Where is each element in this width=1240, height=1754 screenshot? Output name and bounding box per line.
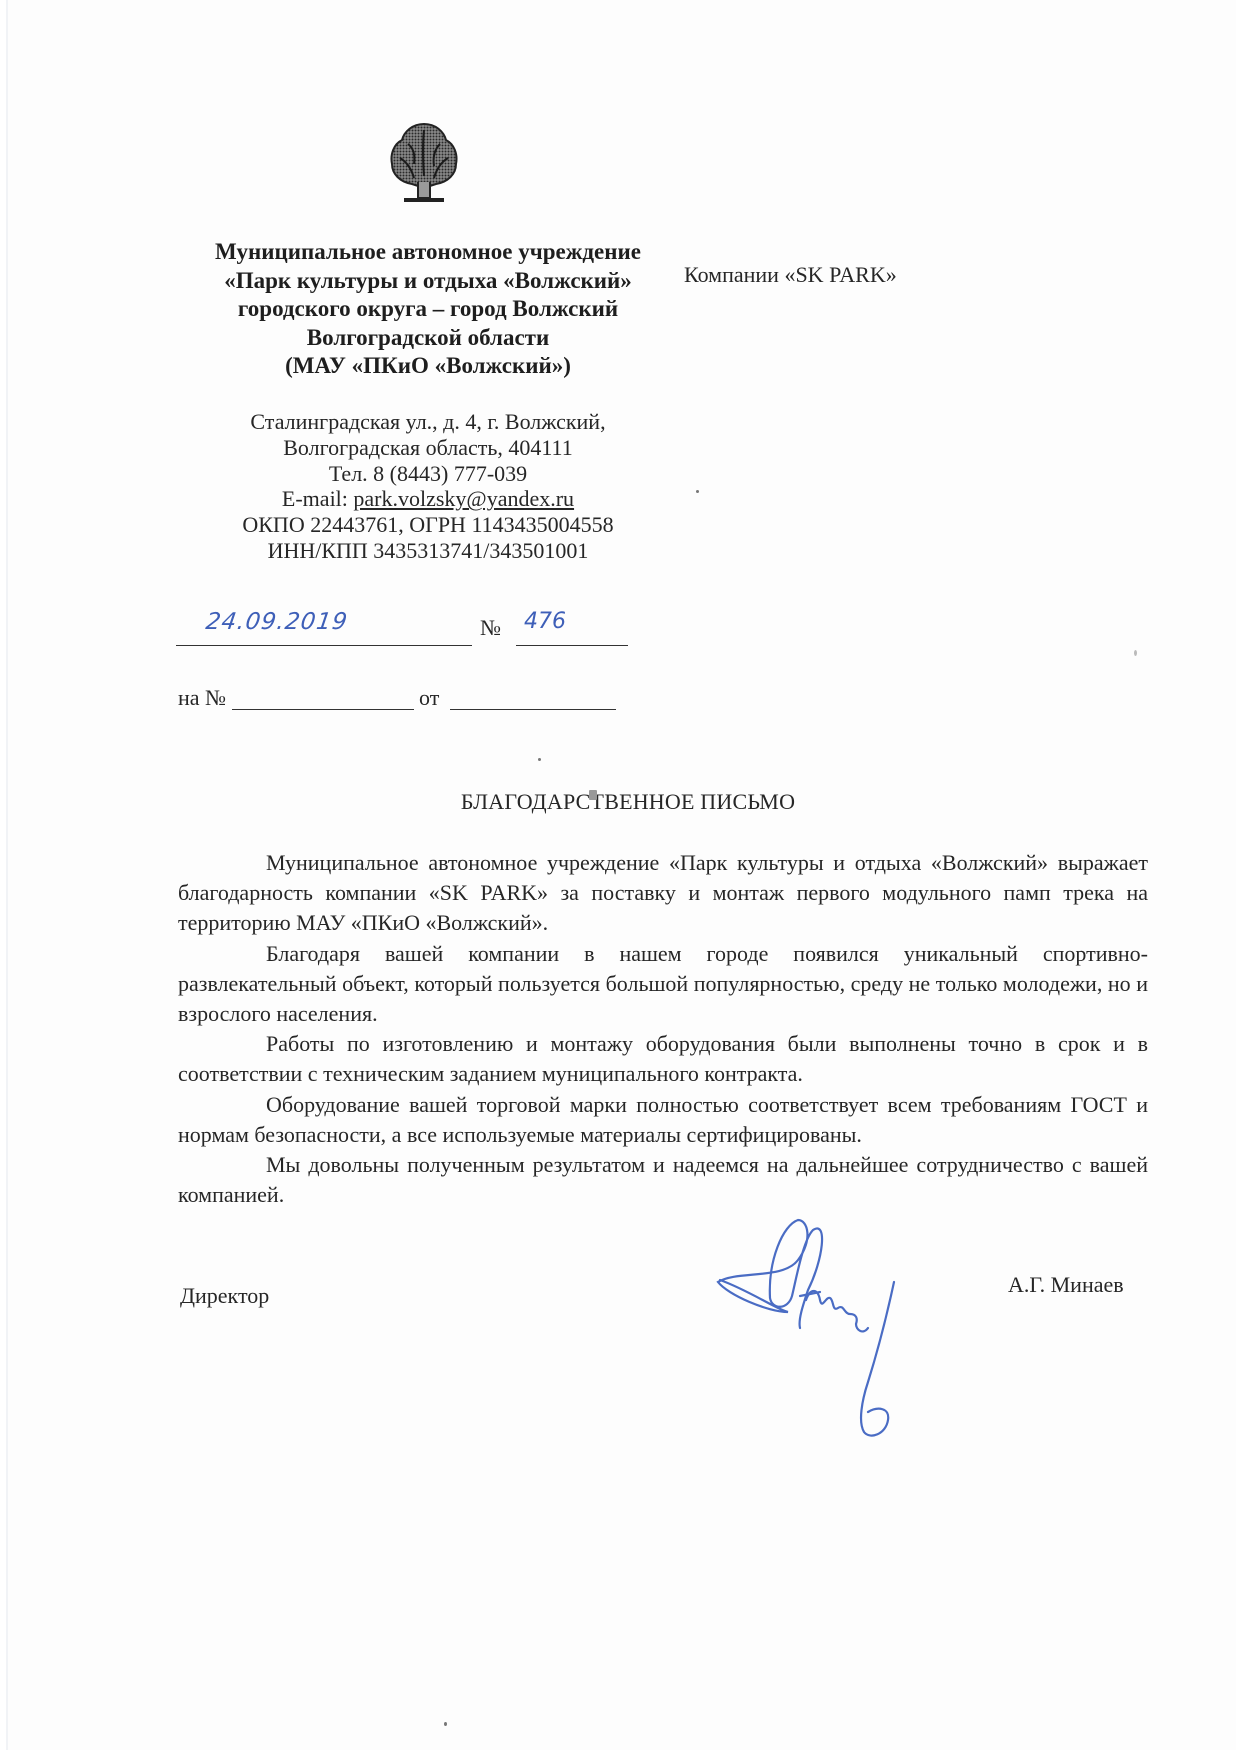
registration-line: 24.09.2019 № 476 xyxy=(176,615,628,645)
email-line: E-mail: park.volzsky@yandex.ru xyxy=(158,486,698,512)
body-paragraph: Работы по изготовлению и монтажу оборудо… xyxy=(178,1029,1148,1089)
number-label: № xyxy=(480,615,501,641)
body-paragraph: Муниципальное автономное учреждение «Пар… xyxy=(178,848,1148,939)
date-field: 24.09.2019 xyxy=(176,615,472,646)
signer-position: Директор xyxy=(180,1283,269,1309)
org-line: (МАУ «ПКиО «Волжский») xyxy=(158,352,698,381)
date-value: 24.09.2019 xyxy=(204,609,349,635)
body-paragraph: Мы довольны полученным результатом и над… xyxy=(178,1150,1148,1210)
recipient: Компании «SK PARK» xyxy=(684,262,897,288)
email-label: E-mail: xyxy=(282,486,353,511)
scan-speck xyxy=(589,790,597,800)
registry-line: ОКПО 22443761, ОГРН 1143435004558 xyxy=(158,512,698,538)
org-line: «Парк культуры и отдыха «Волжский» xyxy=(158,267,698,296)
ref-date-label: от xyxy=(419,685,439,711)
body-paragraph: Благодаря вашей компании в нашем городе … xyxy=(178,939,1148,1030)
registry-line: ИНН/КПП 3435313741/343501001 xyxy=(158,538,698,564)
org-line: Муниципальное автономное учреждение xyxy=(158,238,698,267)
tree-emblem-icon xyxy=(384,120,464,210)
letter-title: БЛАГОДАРСТВЕННОЕ ПИСЬМО xyxy=(8,789,1240,815)
address-line: Волгоградская область, 404111 xyxy=(158,435,698,461)
scan-speck xyxy=(1134,650,1137,656)
org-line: городского округа – город Волжский xyxy=(158,295,698,324)
scan-speck xyxy=(538,758,541,761)
ref-number-field xyxy=(232,685,414,710)
scan-speck xyxy=(696,490,699,493)
letter-page: Муниципальное автономное учреждение «Пар… xyxy=(6,0,1236,1750)
signer-name: А.Г. Минаев xyxy=(1008,1272,1124,1298)
ref-date-field xyxy=(450,685,616,710)
organization-address: Сталинградская ул., д. 4, г. Волжский, В… xyxy=(158,409,698,564)
address-line: Сталинградская ул., д. 4, г. Волжский, xyxy=(158,409,698,435)
email-link[interactable]: park.volzsky@yandex.ru xyxy=(353,486,574,511)
phone-line: Тел. 8 (8443) 777-039 xyxy=(158,461,698,487)
scan-speck xyxy=(444,1722,447,1726)
number-value: 476 xyxy=(524,609,566,634)
organization-name: Муниципальное автономное учреждение «Пар… xyxy=(158,238,698,381)
number-field: 476 xyxy=(516,615,628,646)
org-line: Волгоградской области xyxy=(158,324,698,353)
handwritten-signature-icon xyxy=(688,1200,948,1450)
ref-number-label: на № xyxy=(178,685,226,711)
body-paragraph: Оборудование вашей торговой марки полнос… xyxy=(178,1090,1148,1150)
letter-body: Муниципальное автономное учреждение «Пар… xyxy=(178,848,1148,1210)
